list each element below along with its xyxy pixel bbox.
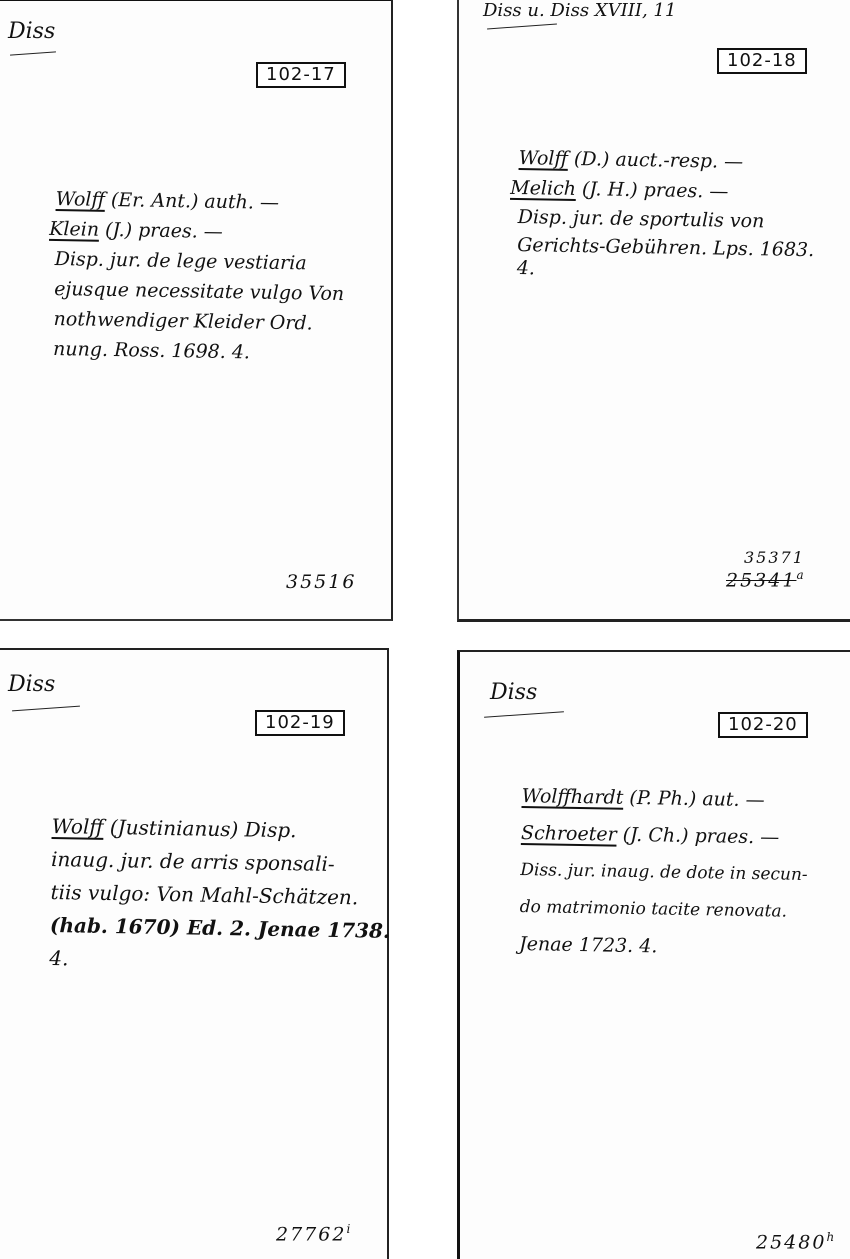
- accession-number-struck: 25341a: [726, 568, 806, 591]
- praeses-details: (J. H.) praes. —: [576, 178, 729, 203]
- author-name: Wolff: [519, 147, 569, 170]
- struck-number: 25341: [726, 569, 796, 591]
- title-line: Gerichts-Gebühren. Lps. 1683.: [517, 231, 814, 264]
- praeses-name: Klein: [49, 218, 99, 241]
- call-number: 102-17: [256, 62, 346, 88]
- author-details: (Er. Ant.) auth. —: [105, 189, 279, 214]
- author-name: Wolff: [56, 188, 106, 211]
- title-line: (hab. 1670) Ed. 2. Jenae 1738.: [50, 909, 390, 948]
- title-line: 4.: [49, 942, 389, 981]
- title-line: Diss. jur. inaug. de dote in secun-: [520, 852, 808, 894]
- call-number: 102-18: [717, 48, 807, 74]
- entry-text: Wolff (Er. Ant.) auth. — Klein (J.) prae…: [53, 184, 346, 369]
- category-underline: [487, 24, 557, 30]
- call-number: 102-20: [718, 712, 808, 738]
- category-label: Diss: [8, 674, 55, 696]
- accession-digits: 25480: [756, 1231, 826, 1253]
- author-details: (D.) auct.-resp. —: [568, 148, 743, 173]
- accession-number: 25480h: [756, 1230, 836, 1253]
- praeses-name: Schroeter: [521, 822, 617, 846]
- entry-text: Wolff (Justinianus) Disp. inaug. jur. de…: [49, 810, 392, 981]
- accession-number: 27762i: [276, 1222, 352, 1245]
- call-number: 102-19: [255, 710, 345, 736]
- praeses-details: (J.) praes. —: [99, 219, 223, 243]
- praeses-line: Schroeter (J. Ch.) praes. —: [521, 815, 809, 857]
- accession-digits: 27762: [276, 1223, 346, 1245]
- accession-suffix: i: [346, 1222, 352, 1236]
- title-line: do matrimonio tacite renovata.: [519, 889, 807, 931]
- category-underline: [10, 51, 56, 55]
- author-details: (Justinianus) Disp.: [103, 815, 296, 842]
- accession-number: 35516: [286, 571, 356, 593]
- title-line: Jenae 1723. 4.: [519, 926, 807, 968]
- author-name: Wolff: [52, 814, 104, 839]
- author-details: (P. Ph.) aut. —: [623, 787, 765, 811]
- author-name: Wolffhardt: [521, 785, 623, 809]
- entry-text: Wolffhardt (P. Ph.) aut. — Schroeter (J.…: [519, 778, 809, 968]
- praeses-name: Melich: [510, 177, 576, 200]
- author-line: Wolffhardt (P. Ph.) aut. —: [521, 778, 809, 820]
- title-line: nung. Ross. 1698. 4.: [53, 334, 343, 369]
- praeses-details: (J. Ch.) praes. —: [616, 824, 779, 849]
- catalog-card-102-20: Diss 102-20 Wolffhardt (P. Ph.) aut. — S…: [457, 650, 850, 1259]
- accession-number: 35371: [744, 548, 805, 567]
- category-label: Diss: [490, 682, 537, 704]
- category-underline: [484, 711, 564, 718]
- category-label: Diss u. Diss XVIII, 11: [483, 0, 676, 22]
- accession-suffix: a: [796, 568, 805, 582]
- accession-suffix: h: [826, 1230, 836, 1244]
- category-underline: [12, 706, 80, 712]
- entry-text: Wolff (D.) auct.-resp. — Melich (J. H.) …: [517, 143, 816, 282]
- catalog-card-102-18: Diss u. Diss XVIII, 11 102-18 Wolff (D.)…: [457, 0, 850, 622]
- category-label: Diss: [8, 21, 55, 43]
- catalog-card-102-19: Diss 102-19 Wolff (Justinianus) Disp. in…: [0, 648, 389, 1259]
- catalog-card-102-17: Diss 102-17 Wolff (Er. Ant.) auth. — Kle…: [0, 0, 393, 621]
